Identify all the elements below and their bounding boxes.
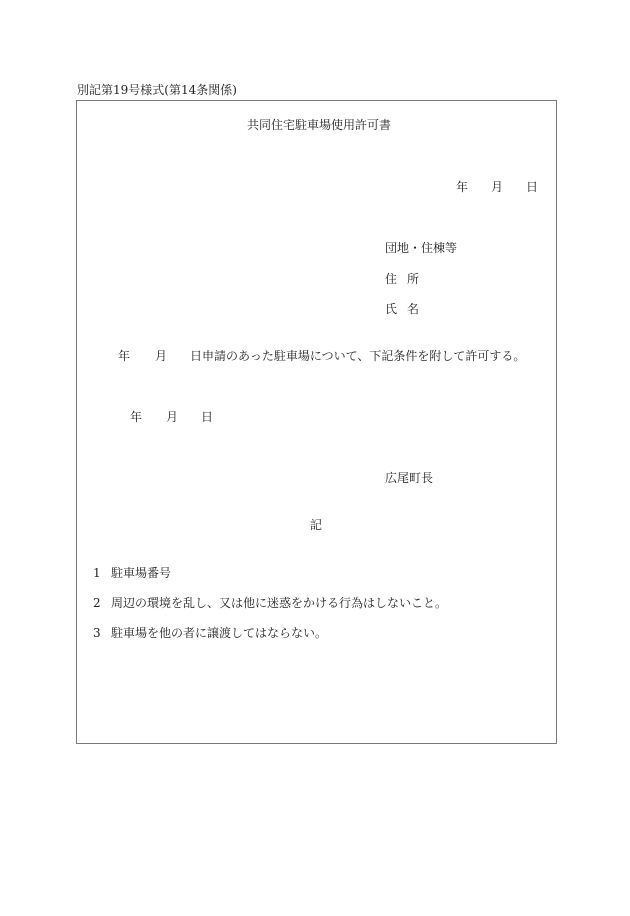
form-label: 別記第19号様式(第14条関係) bbox=[77, 84, 237, 96]
permit-date-year: 年 bbox=[130, 411, 142, 423]
condition-number: 1 bbox=[93, 567, 101, 579]
statement-text: 日申請のあった駐車場について、下記条件を附して許可する。 bbox=[190, 350, 525, 362]
complex-label: 団地・住棟等 bbox=[385, 242, 457, 254]
name-label-1: 氏 bbox=[385, 303, 397, 315]
notes-heading: 記 bbox=[310, 519, 322, 531]
permit-date-month: 月 bbox=[166, 411, 178, 423]
condition-text: 駐車場を他の者に譲渡してはならない。 bbox=[111, 627, 327, 639]
issue-date-day: 日 bbox=[526, 181, 538, 193]
document-title: 共同住宅駐車場使用許可書 bbox=[247, 119, 391, 131]
condition-number: 2 bbox=[93, 597, 101, 609]
address-label-1: 住 bbox=[385, 273, 397, 285]
condition-text: 周辺の環境を乱し、又は他に迷惑をかける行為はしないこと。 bbox=[111, 597, 447, 609]
statement-month: 月 bbox=[155, 350, 167, 362]
permit-form-frame bbox=[76, 100, 557, 744]
name-label-2: 名 bbox=[407, 303, 419, 315]
condition-number: 3 bbox=[93, 627, 101, 639]
condition-text: 駐車場番号 bbox=[111, 567, 171, 579]
statement-year: 年 bbox=[118, 350, 130, 362]
issuer: 広尾町長 bbox=[385, 472, 433, 484]
issue-date-month: 月 bbox=[491, 181, 503, 193]
address-label-2: 所 bbox=[407, 273, 419, 285]
issue-date-year: 年 bbox=[456, 181, 468, 193]
permit-date-day: 日 bbox=[201, 411, 213, 423]
